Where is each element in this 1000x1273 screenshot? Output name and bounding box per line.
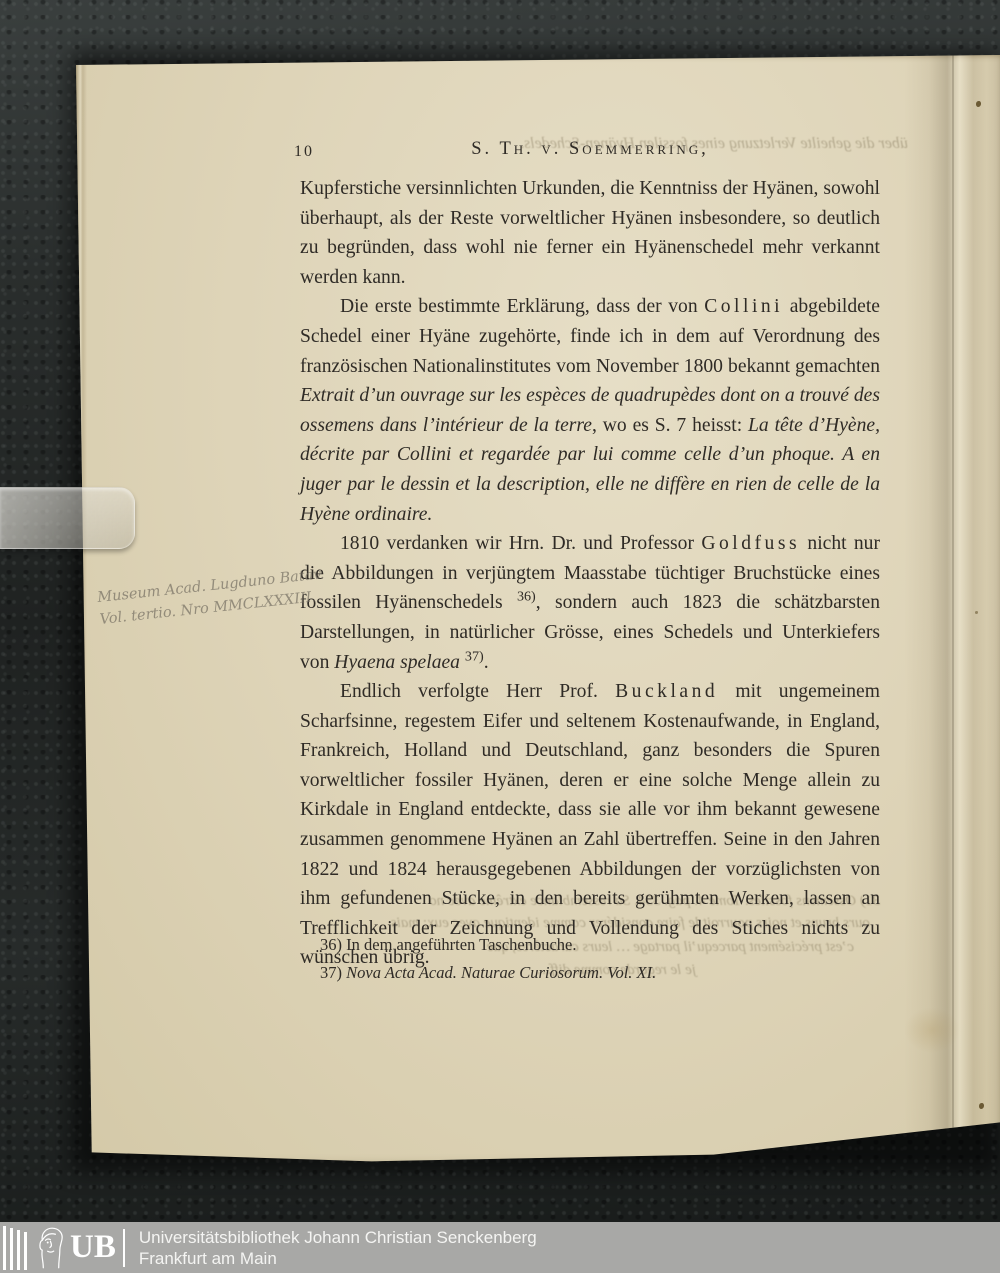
text-segment: 36)	[517, 589, 536, 605]
text-segment: Endlich verfolgte Herr Prof.	[340, 681, 615, 702]
library-watermark-bar: UB Universitätsbibliothek Johann Christi…	[0, 1222, 1000, 1273]
paragraph: 1810 verdanken wir Hrn. Dr. und Professo…	[300, 529, 880, 677]
text-segment: .	[484, 652, 489, 673]
book-spines-icon	[3, 1226, 31, 1270]
library-name: Universitätsbibliothek Johann Christian …	[139, 1227, 537, 1269]
page-holder-clip	[0, 487, 135, 549]
ub-logo: UB	[3, 1226, 125, 1270]
paragraph: Die erste bestimmte Erklärung, dass der …	[300, 292, 880, 529]
logo-separator	[123, 1229, 125, 1267]
text-segment: Buckland	[615, 681, 718, 702]
text-segment: 36) In dem angeführten Taschenbuche.	[320, 935, 576, 954]
body-text: Kupferstiche versinnlichten Urkunden, di…	[300, 174, 880, 973]
text-segment: Die erste bestimmte Erklärung, dass der …	[340, 296, 704, 317]
paragraph: Endlich verfolgte Herr Prof. Buckland mi…	[300, 677, 880, 973]
text-segment: 37)	[320, 963, 346, 982]
text-segment: Goldfuss	[701, 533, 800, 554]
text-segment: Hyaena spelaea	[334, 652, 460, 673]
footnote: 36) In dem angeführten Taschenbuche.	[320, 931, 880, 959]
text-segment: Collini	[704, 296, 783, 317]
text-segment: Nova Acta Acad. Naturae Curiosorum. Vol.…	[346, 963, 656, 982]
library-name-line2: Frankfurt am Main	[139, 1248, 537, 1269]
goethe-portrait-icon	[34, 1226, 68, 1270]
ub-logo-text: UB	[70, 1231, 116, 1264]
running-title: S. Th. v. Soemmerring,	[300, 139, 880, 160]
text-segment: 1810 verdanken wir Hrn. Dr. und Professo…	[340, 533, 701, 554]
footnotes: 36) In dem angeführten Taschenbuche.37) …	[320, 931, 880, 987]
text-segment: Kupferstiche versinnlichten Urkunden, di…	[300, 178, 880, 288]
text-segment: mit ungemeinem Scharfsinne, regestem Eif…	[300, 681, 880, 968]
paper-stain	[904, 1007, 960, 1053]
text-segment: 37)	[465, 648, 484, 664]
paragraph: Kupferstiche versinnlichten Urkunden, di…	[300, 174, 880, 292]
text-segment: , wo es S. 7 heisst:	[592, 415, 748, 436]
library-name-line1: Universitätsbibliothek Johann Christian …	[139, 1227, 537, 1248]
scanned-book-page-screenshot: über die geheilte Verletzung eines fossi…	[0, 0, 1000, 1273]
book-page: über die geheilte Verletzung eines fossi…	[76, 55, 1000, 1168]
footnote: 37) Nova Acta Acad. Naturae Curiosorum. …	[320, 959, 880, 987]
